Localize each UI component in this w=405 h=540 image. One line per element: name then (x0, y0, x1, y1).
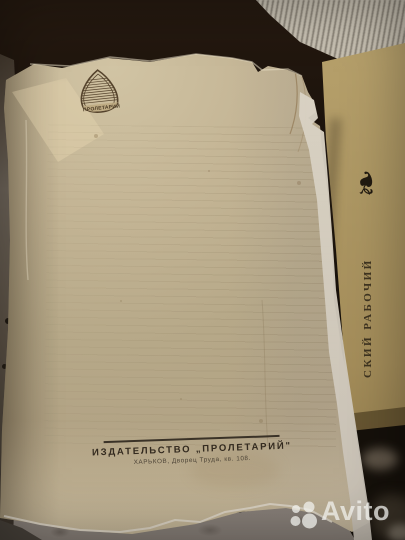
paper-specks (0, 0, 2, 2)
adjacent-book-spine-title: СКИЙ РАБОЧИЙ (362, 236, 379, 378)
fleuron-ornament-icon: ❧ (335, 160, 400, 205)
avito-watermark-label: Avito (321, 496, 390, 527)
photo-of-old-book: ❧ СКИЙ РАБОЧИЙ (0, 0, 405, 540)
publisher-stamp: ПРОЛЕТАРИЙ (67, 62, 133, 124)
avito-logo-icon (288, 500, 322, 532)
avito-watermark: Avito (288, 498, 405, 538)
blurred-reflection (362, 448, 398, 470)
